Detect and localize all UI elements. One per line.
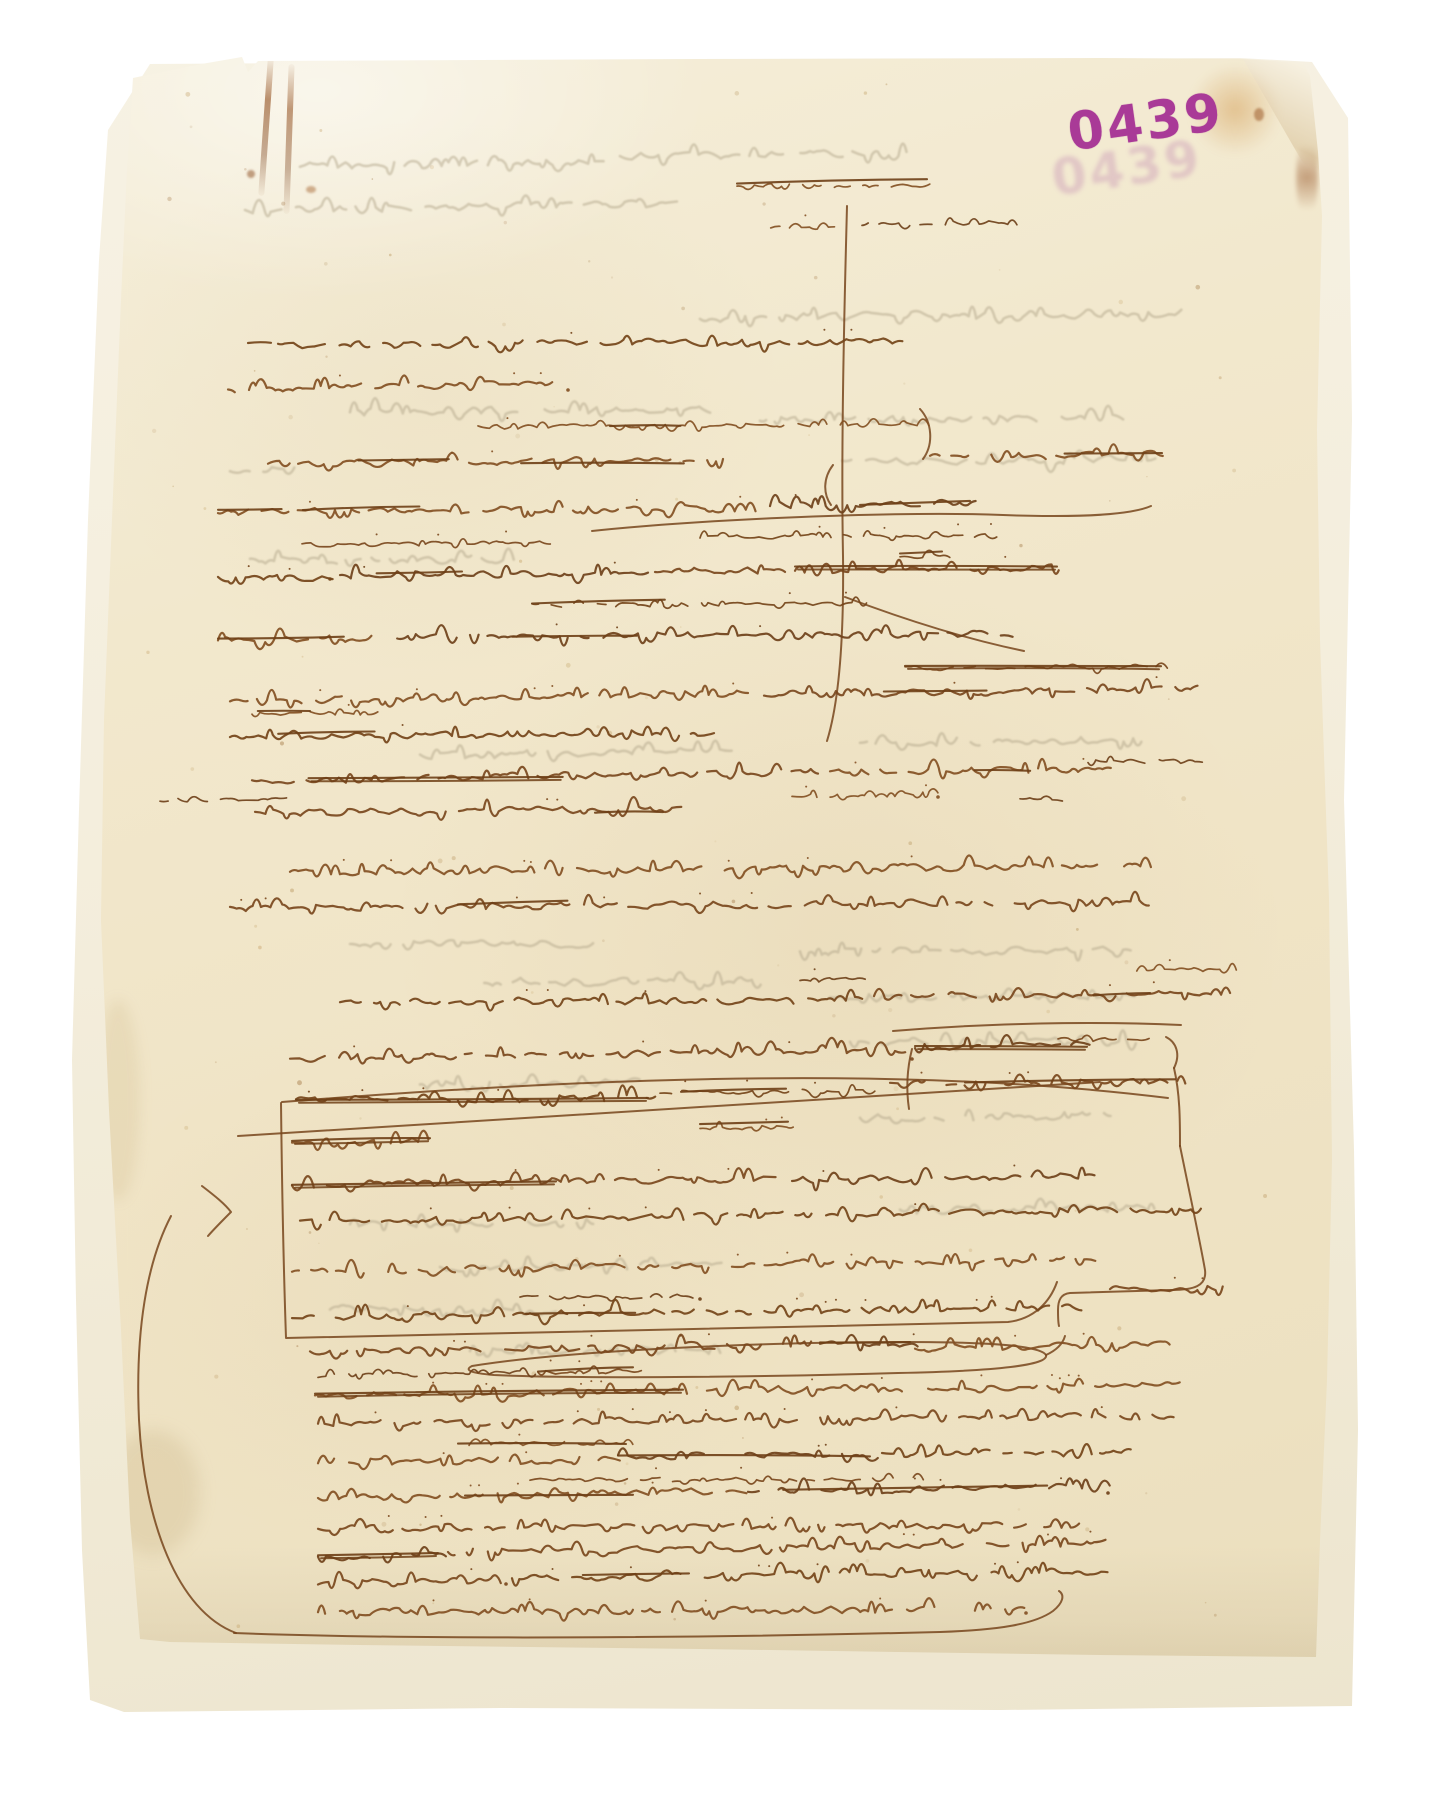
strikethrough: [915, 1046, 1087, 1047]
diacritic-dot: [788, 1041, 790, 1043]
diacritic-dot: [823, 329, 825, 331]
diacritic-dot: [751, 892, 753, 894]
diacritic-dot: [540, 372, 542, 374]
diacritic-dot: [795, 494, 797, 496]
script-line: [340, 990, 862, 1011]
foxing-speck: [675, 498, 678, 501]
foxing-speck: [515, 434, 520, 439]
foxing-speck: [1145, 1492, 1147, 1494]
diacritic-dot: [864, 1299, 866, 1301]
foxing-speck: [969, 1248, 973, 1252]
script-line: [830, 759, 1111, 778]
diacritic-dot: [505, 531, 507, 533]
diacritic-dot: [644, 990, 646, 992]
diacritic-dot: [642, 1040, 644, 1042]
diacritic-dot: [425, 1516, 427, 1518]
foxing-speck: [184, 1126, 188, 1130]
foxing-speck: [1263, 1194, 1267, 1198]
diacritic-dot: [845, 592, 847, 594]
diacritic-dot: [485, 1383, 487, 1385]
foxing-speck: [146, 651, 149, 654]
diacritic-dot: [739, 496, 741, 498]
foxing-speck: [452, 856, 456, 860]
foxing-speck: [645, 696, 648, 699]
diacritic-dot: [402, 724, 404, 726]
foxing-speck: [438, 859, 443, 864]
foxing-speck: [1085, 1527, 1089, 1531]
diacritic-dot: [684, 1080, 686, 1082]
period-dot: [1024, 1611, 1028, 1615]
diacritic-dot: [699, 893, 701, 895]
script-line: [318, 1598, 1024, 1620]
diacritic-dot: [390, 859, 392, 861]
handwriting-layer: [0, 0, 1446, 1800]
diacritic-dot: [248, 565, 250, 567]
foxing-speck: [372, 178, 374, 180]
diacritic-dot: [765, 1118, 767, 1120]
script-line: [218, 501, 756, 518]
diacritic-dot: [1078, 1375, 1080, 1377]
strikethrough: [618, 1455, 870, 1456]
foxing-speck: [324, 262, 328, 266]
diacritic-dot: [289, 568, 291, 570]
ghost-script-line: [860, 1110, 1111, 1123]
foxing-speck: [680, 626, 682, 628]
foxing-speck: [1232, 469, 1236, 473]
foxing-speck: [389, 254, 392, 257]
diacritic-dot: [343, 859, 345, 861]
diacritic-dot: [556, 623, 558, 625]
foxing-speck: [1117, 1326, 1121, 1330]
diacritic-dot: [903, 1533, 905, 1535]
diacritic-dot: [1068, 1374, 1070, 1376]
diacritic-dot: [786, 1252, 788, 1254]
diacritic-dot: [1014, 1335, 1016, 1337]
foxing-speck: [237, 1624, 241, 1628]
diacritic-dot: [550, 1360, 552, 1362]
diacritic-dot: [577, 1410, 579, 1412]
ghost-script-line: [300, 155, 604, 175]
foxing-speck: [246, 1228, 248, 1230]
strikethrough: [309, 777, 563, 778]
foxing-speck: [999, 269, 1001, 271]
diacritic-dot: [534, 687, 536, 689]
script-line: [1088, 757, 1202, 766]
script-line: [915, 1337, 1183, 1352]
diacritic-dot: [580, 1383, 582, 1385]
period-dot: [910, 1057, 914, 1061]
foxing-speck: [886, 83, 888, 85]
script-line: [318, 1518, 1079, 1535]
diacritic-dot: [547, 989, 549, 991]
strikethrough: [965, 1079, 1175, 1082]
diacritic-dot: [737, 1254, 739, 1256]
script-line: [882, 1444, 1131, 1458]
diacritic-dot: [422, 1087, 424, 1089]
foxing-speck: [214, 1375, 218, 1379]
script-line: [255, 797, 681, 820]
foxing-speck: [1019, 544, 1022, 547]
strikethrough: [512, 636, 636, 637]
ghost-script-line: [230, 467, 294, 474]
strikethrough: [526, 1313, 635, 1314]
ghost-script-line: [420, 741, 732, 761]
foxing-speck: [419, 1524, 421, 1526]
diacritic-dot: [957, 523, 959, 525]
diacritic-dot: [506, 417, 508, 419]
diacritic-dot: [805, 786, 807, 788]
diacritic-dot: [991, 1296, 993, 1298]
diacritic-dot: [630, 1566, 632, 1568]
foxing-speck: [866, 1559, 870, 1563]
strikethrough: [908, 668, 1159, 669]
diacritic-dot: [1089, 1531, 1091, 1533]
foxing-speck: [735, 91, 740, 96]
ghost-script-line: [620, 144, 907, 165]
diacritic-dot: [914, 1478, 916, 1480]
foxing-speck: [1168, 698, 1170, 700]
ghost-script-line: [700, 307, 1181, 326]
diacritic-dot: [768, 1565, 770, 1567]
strikethrough: [700, 1122, 788, 1124]
diacritic-dot: [443, 1452, 445, 1454]
diacritic-dot: [552, 1568, 554, 1570]
strikethrough: [465, 1495, 633, 1496]
diacritic-dot: [430, 1207, 432, 1209]
foxing-speck: [359, 1117, 361, 1119]
foxing-speck: [695, 1386, 698, 1389]
strikethrough: [884, 691, 987, 692]
diacritic-dot: [583, 1304, 585, 1306]
foxing-speck: [1124, 960, 1128, 964]
script-line: [771, 223, 835, 229]
diacritic-dot: [925, 784, 927, 786]
diacritic-dot: [1109, 984, 1111, 986]
script-line: [230, 727, 714, 743]
diacritic-dot: [658, 1169, 660, 1171]
diacritic-dot: [453, 1340, 455, 1342]
annotation-small-paren: [825, 465, 833, 505]
foxing-speck: [190, 767, 194, 771]
diacritic-dot: [807, 857, 809, 859]
diacritic-dot: [1051, 1374, 1053, 1376]
diacritic-dot: [879, 1597, 881, 1599]
diacritic-dot: [1083, 1333, 1085, 1335]
diacritic-dot: [517, 1483, 519, 1485]
script-line: [318, 1409, 1174, 1431]
diacritic-dot: [240, 899, 242, 901]
diacritic-dot: [551, 685, 553, 687]
diacritic-dot: [914, 1203, 916, 1205]
photograph-background: 0439 0439: [0, 0, 1446, 1800]
foxing-speck: [734, 1406, 739, 1411]
script-line: [318, 1572, 501, 1588]
diacritic-dot: [727, 1168, 729, 1170]
diacritic-dot: [911, 855, 913, 857]
script-line: [737, 184, 930, 190]
diacritic-dot: [497, 1089, 499, 1091]
foxing-speck: [864, 91, 867, 94]
ghost-script-line: [245, 196, 677, 217]
foxing-speck: [325, 356, 327, 358]
script-line: [532, 597, 867, 608]
foxing-speck: [1219, 376, 1222, 379]
foxing-speck: [566, 663, 571, 668]
diacritic-dot: [361, 1089, 363, 1091]
period-dot: [504, 1582, 508, 1586]
foxing-speck: [280, 741, 284, 745]
diacritic-dot: [740, 1467, 742, 1469]
annotation-crossout-diagonal: [238, 1082, 1100, 1136]
strikethrough: [295, 1141, 428, 1144]
diacritic-dot: [920, 1072, 922, 1074]
foxing-speck: [799, 1292, 804, 1297]
script-line: [278, 336, 902, 353]
foxing-speck: [215, 1061, 217, 1063]
foxing-speck: [903, 383, 905, 385]
script-line: [655, 565, 785, 573]
diacritic-dot: [818, 1445, 820, 1447]
diacritic-dot: [1156, 676, 1158, 678]
strikethrough: [303, 507, 420, 511]
foxing-speck: [519, 560, 522, 563]
strikethrough: [377, 572, 462, 574]
diacritic-dot: [529, 1598, 531, 1600]
diacritic-dot: [883, 527, 885, 529]
diacritic-dot: [470, 1568, 472, 1570]
diacritic-dot: [636, 499, 638, 501]
diacritic-dot: [811, 1378, 813, 1380]
diacritic-dot: [669, 1411, 671, 1413]
diacritic-dot: [590, 1335, 592, 1337]
ghost-script-line: [860, 733, 1141, 749]
foxing-speck: [190, 125, 193, 128]
foxing-speck: [1214, 1614, 1217, 1617]
diacritic-dot: [976, 1299, 978, 1301]
diacritic-dot: [600, 1380, 602, 1382]
ink-writing: [160, 179, 1236, 1620]
foxing-speck: [602, 939, 605, 942]
script-line: [230, 686, 758, 708]
foxing-speck: [281, 202, 285, 206]
foxing-speck: [908, 841, 912, 845]
foxing-speck: [244, 168, 247, 171]
ghost-writing: [230, 144, 1181, 1357]
foxing-speck: [1119, 300, 1123, 304]
foxing-speck: [382, 1522, 387, 1527]
strikethrough: [610, 425, 680, 426]
diacritic-dot: [319, 689, 321, 691]
diacritic-dot: [784, 1408, 786, 1410]
strikethrough: [296, 1098, 648, 1100]
annotation-vertical-divider: [827, 206, 847, 741]
foxing-speck: [254, 370, 256, 372]
diacritic-dot: [746, 1080, 748, 1082]
foxing-speck: [531, 991, 534, 994]
diacritic-dot: [835, 1299, 837, 1301]
diacritic-dot: [491, 450, 493, 452]
diacritic-dot: [603, 896, 605, 898]
diacritic-dot: [407, 1305, 409, 1307]
diacritic-dot: [758, 1565, 760, 1567]
diacritic-dot: [588, 1208, 590, 1210]
diacritic-dot: [470, 1485, 472, 1487]
foxing-speck: [318, 1243, 319, 1244]
ghost-script-line: [350, 940, 593, 949]
diacritic-dot: [509, 1207, 511, 1209]
diacritic-dot: [578, 1360, 580, 1362]
foxing-speck: [596, 725, 599, 728]
diacritic-dot: [759, 625, 761, 627]
ghost-script-line: [250, 549, 514, 566]
annotation-word-enclosure: [469, 1342, 1046, 1377]
foxing-speck: [1146, 476, 1147, 477]
diacritic-dot: [822, 1170, 824, 1172]
foxing-speck: [1205, 1602, 1207, 1604]
diacritic-dot: [980, 1374, 982, 1376]
foxing-speck: [624, 1482, 627, 1485]
foxing-speck: [732, 900, 736, 904]
diacritic-dot: [796, 1298, 798, 1300]
diacritic-dot: [1153, 981, 1155, 983]
script-line: [792, 789, 938, 800]
foxing-speck: [502, 323, 506, 327]
foxing-speck: [309, 1231, 312, 1234]
strikethrough: [218, 509, 282, 510]
script-line: [448, 1536, 1106, 1561]
diacritic-dot: [590, 1380, 592, 1382]
diacritic-dot: [819, 526, 821, 528]
diacritic-dot: [1004, 556, 1006, 558]
foxing-speck: [172, 486, 174, 488]
diacritic-dot: [353, 1045, 355, 1047]
diacritic-dot: [850, 329, 852, 331]
script-line: [218, 575, 333, 584]
diacritic-dot: [1169, 959, 1171, 961]
diacritic-dot: [432, 1382, 434, 1384]
strikethrough: [358, 459, 448, 460]
diacritic-dot: [705, 1409, 707, 1411]
diacritic-dot: [556, 799, 558, 801]
foxing-speck: [588, 260, 590, 262]
strikethrough: [312, 780, 561, 781]
script-line: [890, 1075, 1196, 1091]
script-line: [700, 531, 997, 540]
strikethrough: [532, 600, 665, 604]
diacritic-dot: [265, 897, 267, 899]
strikethrough: [820, 1342, 910, 1343]
script-line: [160, 797, 295, 802]
foxing-speck: [296, 1345, 298, 1347]
script-line: [230, 892, 1149, 914]
foxing-speck: [615, 1502, 619, 1506]
diacritic-dot: [1047, 1534, 1049, 1536]
strikethrough: [595, 811, 663, 812]
script-line: [228, 376, 563, 393]
diacritic-dot: [437, 534, 439, 536]
strikethrough: [795, 566, 1057, 567]
annotation-long-s-curve: [592, 506, 1151, 531]
strikethrough: [458, 1443, 626, 1444]
diacritic-dot: [348, 704, 350, 706]
diacritic-dot: [680, 1335, 682, 1337]
script-line: [268, 453, 723, 471]
diacritic-dot: [526, 989, 528, 991]
diacritic-dot: [516, 896, 518, 898]
foxing-speck: [597, 1408, 600, 1411]
diacritic-dot: [994, 1563, 996, 1565]
script-line: [292, 1168, 776, 1191]
foxing-speck: [1181, 796, 1186, 801]
diacritic-dot: [1101, 1406, 1103, 1408]
annotation-long-horizontal: [893, 1023, 1181, 1031]
diacritic-dot: [953, 682, 955, 684]
foxing-speck: [879, 1195, 882, 1198]
period-dot: [566, 388, 570, 392]
foxing-speck: [681, 307, 685, 311]
diacritic-dot: [804, 214, 806, 216]
diacritic-dot: [705, 1600, 707, 1602]
foxing-speck: [203, 507, 206, 510]
strikethrough: [1065, 453, 1162, 454]
foxing-speck: [1076, 928, 1079, 931]
annotation-divider-branch: [845, 597, 1024, 651]
foxing-speck: [742, 1437, 744, 1439]
foxing-speck: [319, 129, 322, 132]
period-dot: [1106, 1491, 1110, 1495]
diacritic-dot: [708, 1333, 710, 1335]
foxing-speck: [167, 197, 171, 201]
diacritic-dot: [881, 1377, 883, 1379]
diacritic-dot: [502, 1383, 504, 1385]
foxing-speck: [714, 840, 716, 842]
diacritic-dot: [850, 1254, 852, 1256]
foxing-speck: [290, 889, 294, 893]
foxing-speck: [258, 946, 262, 950]
foxing-speck: [777, 964, 779, 966]
ghost-script-line: [800, 943, 1131, 960]
diacritic-dot: [814, 968, 816, 970]
diacritic-dot: [1028, 855, 1030, 857]
foxing-speck: [254, 925, 257, 928]
diacritic-dot: [895, 1406, 897, 1408]
foxing-speck: [896, 1107, 899, 1110]
diacritic-dot: [363, 566, 365, 568]
diacritic-dot: [854, 761, 856, 763]
foxing-speck: [288, 415, 292, 419]
diacritic-dot: [645, 1206, 647, 1208]
strikethrough: [737, 179, 927, 183]
diacritic-dot: [781, 1116, 783, 1118]
diacritic-dot: [1059, 1377, 1061, 1379]
diacritic-dot: [814, 1082, 816, 1084]
diacritic-dot: [464, 1341, 466, 1343]
foxing-speck: [888, 1008, 892, 1012]
diacritic-dot: [1027, 1071, 1029, 1073]
foxing-speck: [302, 656, 304, 658]
annotation-bracket-close: [1166, 1037, 1177, 1068]
script-line: [792, 1168, 1095, 1191]
diacritic-dot: [939, 1479, 941, 1481]
script-line: [478, 419, 929, 431]
foxing-speck: [553, 406, 554, 407]
foxing-speck: [1109, 500, 1111, 502]
diacritic-dot: [308, 1091, 310, 1093]
script-line: [302, 539, 550, 548]
diacritic-dot: [309, 501, 311, 503]
diacritic-dot: [518, 1434, 520, 1436]
strikethrough: [918, 1049, 1085, 1050]
